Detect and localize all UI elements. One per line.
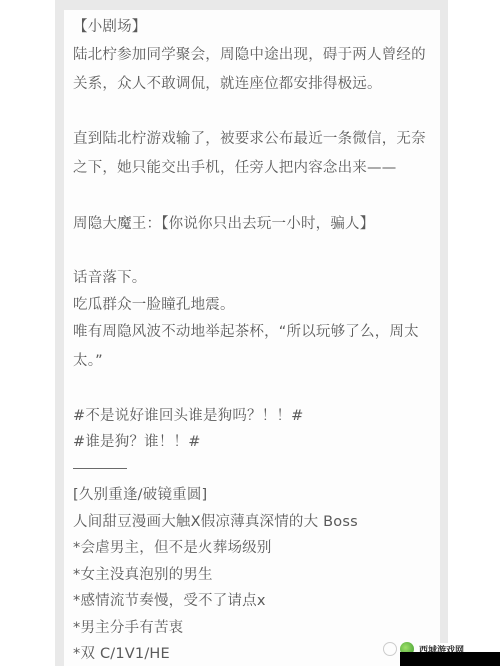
paragraph-line: 唯有周隐风波不动地举起茶杯，“所以玩够了么，周太 bbox=[73, 318, 435, 347]
tagline: 人间甜豆漫画大触X假凉薄真深情的大 Boss bbox=[73, 509, 435, 536]
article-content: 【小剧场】 陆北柠参加同学聚会，周隐中途出现，碍于两人曾经的 关系，众人不敢调侃… bbox=[73, 14, 435, 666]
bullet-item: *女主没真泡别的男生 bbox=[73, 562, 435, 589]
divider-rule bbox=[73, 468, 127, 469]
article-heading: 【小剧场】 bbox=[73, 14, 435, 41]
tags-line: [久别重逢/破镜重圆] bbox=[73, 482, 435, 509]
paragraph-line: 直到陆北柠游戏输了，被要求公布最近一条微信，无奈 bbox=[73, 125, 435, 154]
bullet-item: *会虐男主，但不是火葬场级别 bbox=[73, 535, 435, 562]
paragraph-line: 关系，众人不敢调侃，就连座位都安排得极远。 bbox=[73, 70, 435, 99]
divider bbox=[73, 456, 435, 483]
bullet-item: *双 C/1V1/HE bbox=[73, 641, 435, 666]
bullet-item: *男主分手有苦衷 bbox=[73, 615, 435, 642]
hashtag-line: #不是说好谁回头谁是狗吗？！！# bbox=[73, 403, 435, 430]
paragraph-line: 之下，她只能交出手机，任旁人把内容念出来—— bbox=[73, 154, 435, 183]
paragraph-line: 吃瓜群众一脸瞳孔地震。 bbox=[73, 292, 435, 319]
hashtag-line: #谁是狗？谁！！# bbox=[73, 429, 435, 456]
bullet-item: *感情流节奏慢，受不了请点x bbox=[73, 588, 435, 615]
black-corner-block bbox=[400, 652, 500, 666]
paragraph-line: 陆北柠参加同学聚会，周隐中途出现，碍于两人曾经的 bbox=[73, 41, 435, 70]
paragraph-line: 话音落下。 bbox=[73, 265, 435, 292]
paragraph-line: 周隐大魔王：【你说你只出去玩一小时，骗人】 bbox=[73, 210, 435, 239]
paragraph-line: 太。” bbox=[73, 347, 435, 376]
faded-logo-icon bbox=[383, 642, 397, 656]
